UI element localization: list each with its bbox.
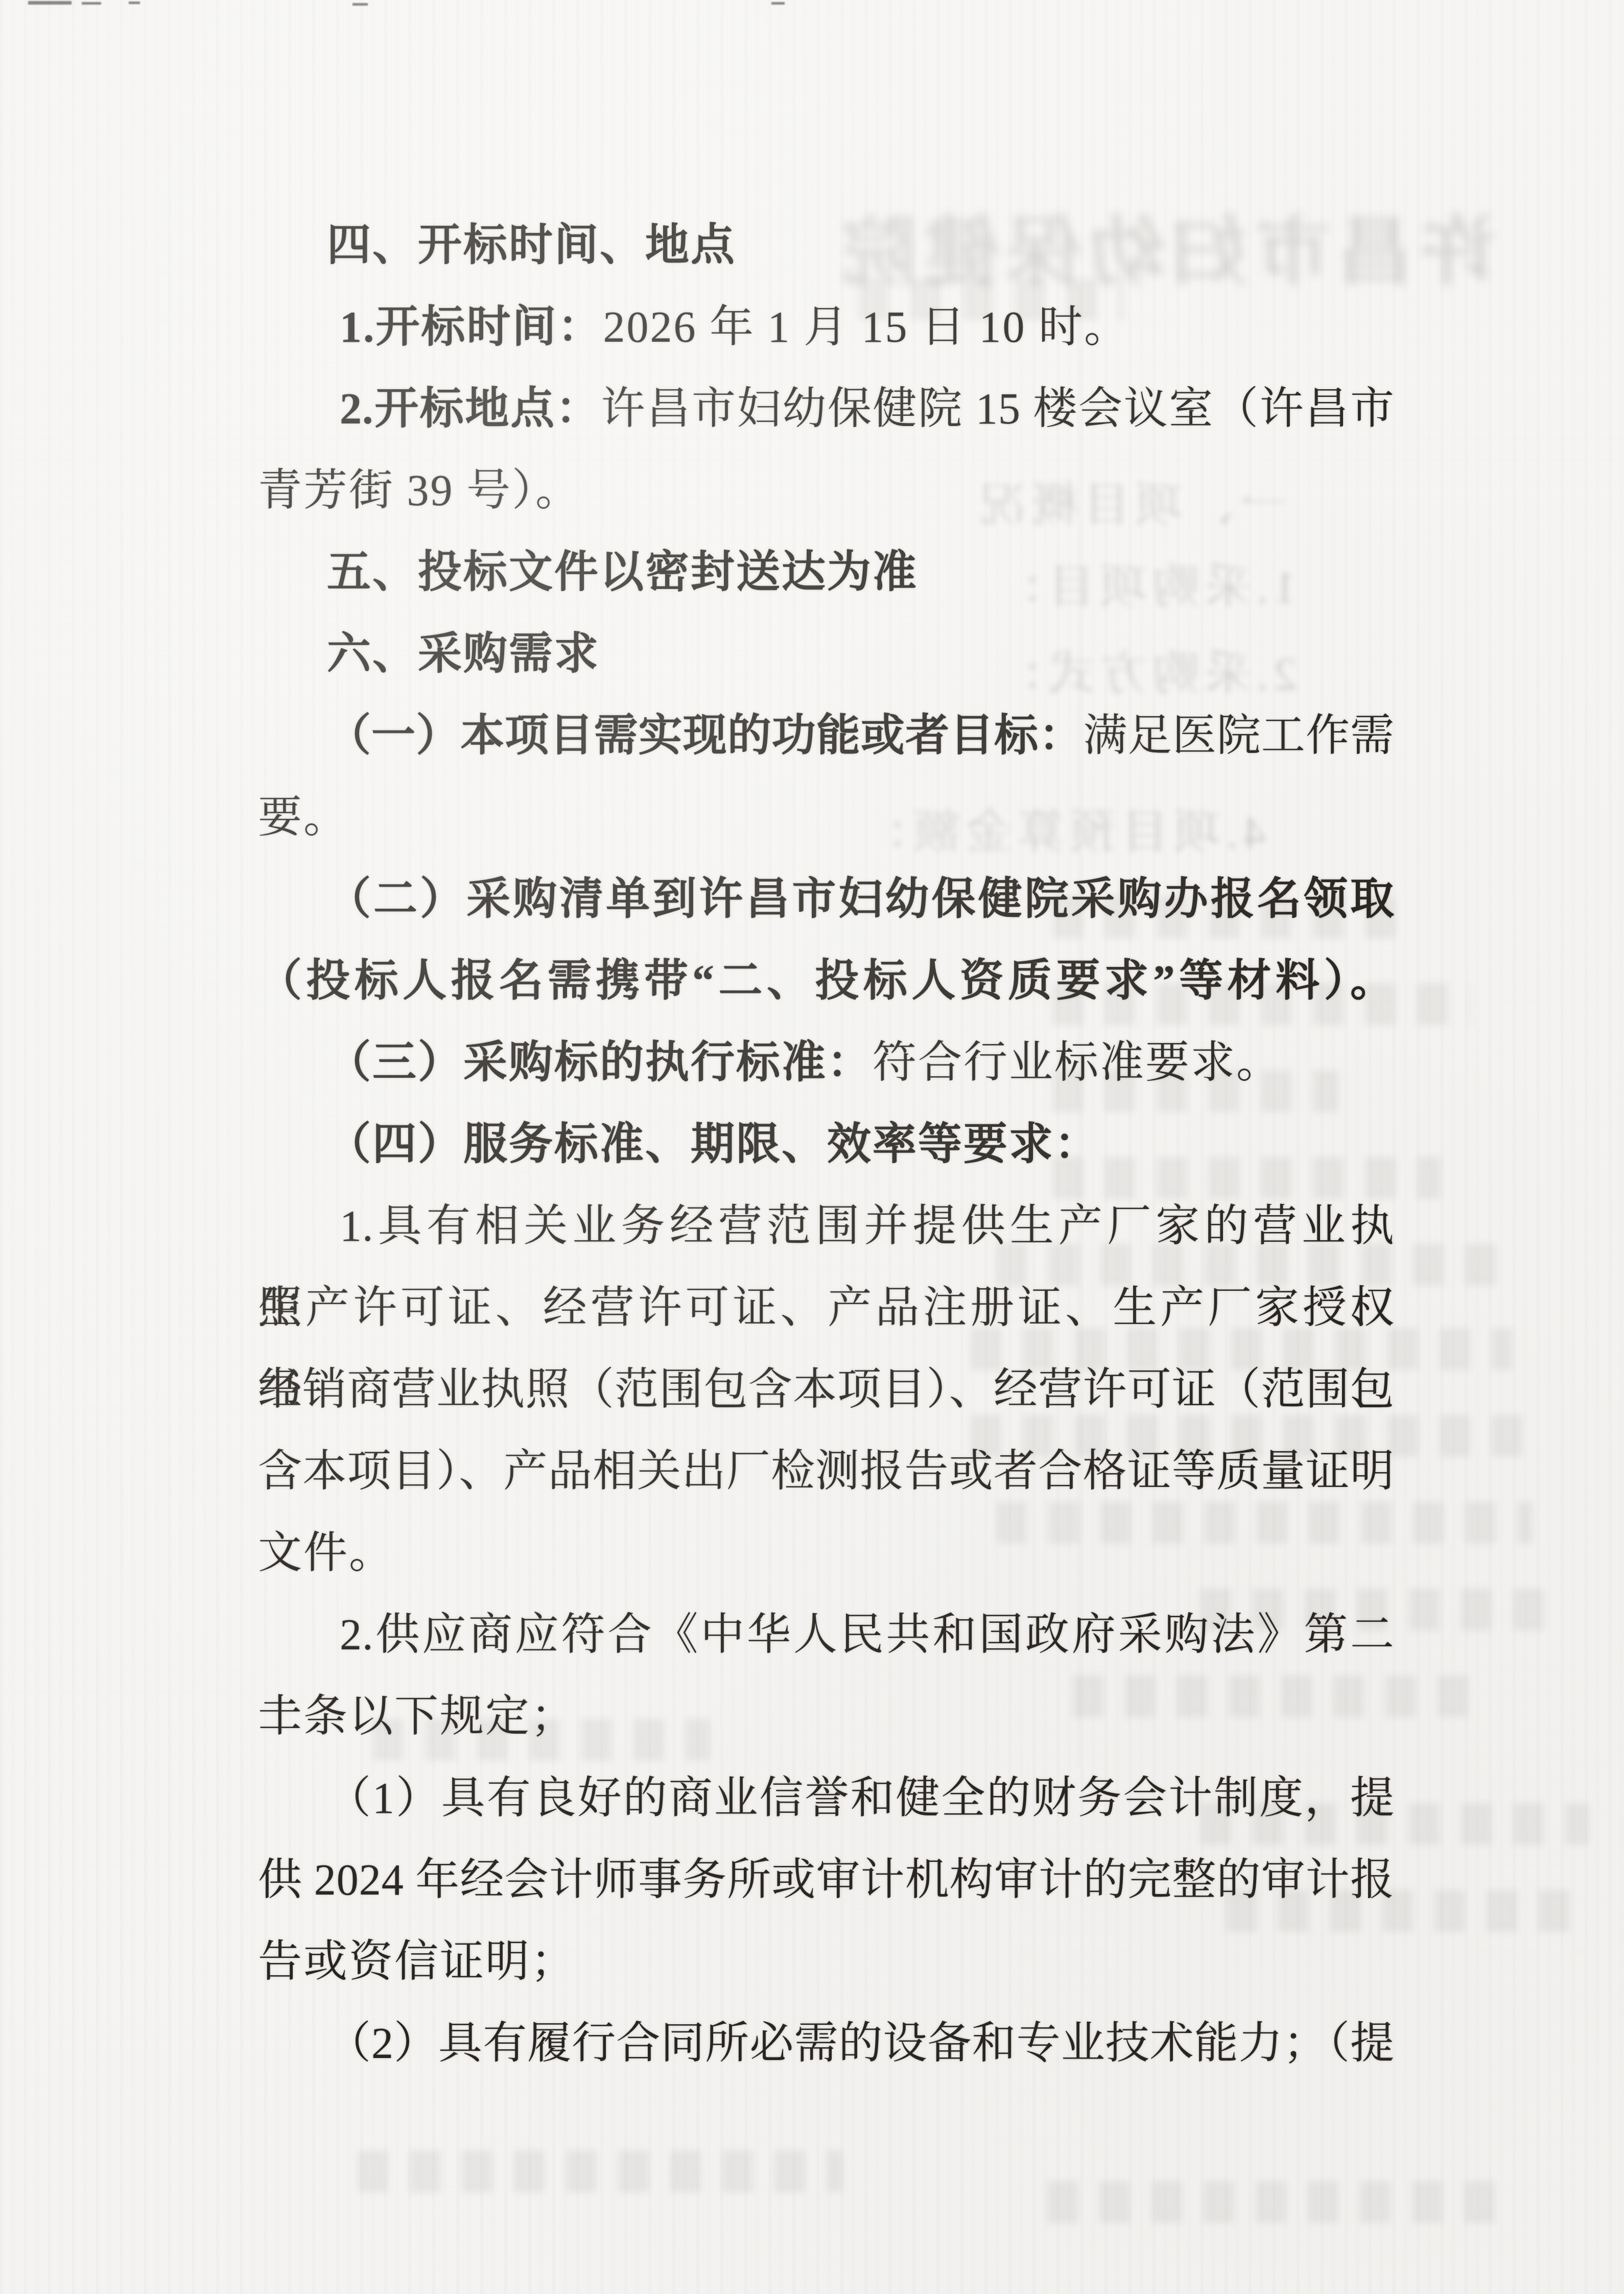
text-line: （2）具有履行合同所必需的设备和专业技术能力；（提 [258, 2002, 1395, 2084]
text-line: 1.开标时间：2026 年 1 月 15 日 10 时。 [258, 286, 1395, 368]
bold-text-segment: 六、采购需求 [327, 629, 600, 678]
body-text-segment: 二条以下规定； [258, 1692, 576, 1741]
scan-speck [352, 3, 368, 6]
text-column: 四、开标时间、地点1.开标时间：2026 年 1 月 15 日 10 时。2.开… [0, 0, 1624, 2294]
body-text-segment: 许昌市妇幼保健院 15 楼会议室（许昌市 [601, 384, 1395, 433]
text-line: 供 2024 年经会计师事务所或审计机构审计的完整的审计报 [258, 1839, 1395, 1921]
text-line: 2.开标地点：许昌市妇幼保健院 15 楼会议室（许昌市 [258, 368, 1395, 450]
text-line: （三）采购标的执行标准：符合行业标准要求。 [258, 1022, 1395, 1103]
text-line: 2.供应商应符合《中华人民共和国政府采购法》第二十 [258, 1594, 1395, 1675]
body-text-segment: （1）具有良好的商业信誉和健全的财务会计制度，提 [327, 1773, 1395, 1823]
bold-text-segment: 1.开标时间： [340, 302, 603, 351]
text-line: 青芳街 39 号）。 [258, 450, 1395, 531]
body-text-segment: 供 2024 年经会计师事务所或审计机构审计的完整的审计报 [258, 1855, 1395, 1904]
text-line: 告或资信证明； [258, 1921, 1395, 2002]
body-text-segment: 2026 年 1 月 15 日 10 时。 [603, 302, 1130, 351]
text-line: 二条以下规定； [258, 1675, 1395, 1757]
body-text-segment: 青芳街 39 号）。 [258, 466, 581, 515]
scan-speck [28, 1, 72, 5]
bold-text-segment: 2.开标地点： [340, 384, 601, 433]
scan-speck [82, 2, 101, 5]
text-line: （一）本项目需实现的功能或者目标：满足医院工作需 [258, 695, 1395, 776]
scanned-document-page: { "page": { "background_color": "#f5f4f2… [0, 0, 1624, 2294]
bold-text-segment: （四）服务标准、期限、效率等要求： [327, 1120, 1100, 1169]
text-line: 四、开标时间、地点 [258, 204, 1395, 286]
text-line: 含本项目）、产品相关出厂检测报告或者合格证等质量证明 [258, 1430, 1395, 1512]
text-line: 六、采购需求 [258, 613, 1395, 695]
text-line: 经销商营业执照（范围包含本项目）、经营许可证（范围包 [258, 1349, 1395, 1430]
body-text-segment: 满足医院工作需 [1083, 711, 1395, 760]
bold-text-segment: 四、开标时间、地点 [327, 221, 736, 270]
bold-text-segment: （投标人报名需携带“二、投标人资质要求”等材料）。 [258, 956, 1395, 1005]
text-line: 五、投标文件以密封送达为准 [258, 531, 1395, 613]
scan-speck [129, 2, 140, 4]
scan-crease-line [1078, 286, 1079, 1767]
text-line: （投标人报名需携带“二、投标人资质要求”等材料）。 [258, 940, 1395, 1022]
bold-text-segment: （一）本项目需实现的功能或者目标： [327, 711, 1083, 760]
bold-text-segment: （三）采购标的执行标准： [327, 1038, 873, 1087]
text-line: 文件。 [258, 1512, 1395, 1594]
body-text-segment: 含本项目）、产品相关出厂检测报告或者合格证等质量证明 [258, 1447, 1395, 1496]
text-line: 1.具有相关业务经营范围并提供生产厂家的营业执照、 [258, 1185, 1395, 1267]
scan-speck [771, 2, 785, 5]
text-line: （1）具有良好的商业信誉和健全的财务会计制度，提 [258, 1757, 1395, 1839]
text-line: 生产许可证、经营许可证、产品注册证、生产厂家授权书、 [258, 1267, 1395, 1349]
body-text-segment: 符合行业标准要求。 [873, 1038, 1282, 1087]
text-line: （四）服务标准、期限、效率等要求： [258, 1103, 1395, 1185]
body-text-segment: 告或资信证明； [258, 1937, 576, 1986]
body-text-segment: 文件。 [258, 1528, 394, 1577]
text-line: 要。 [258, 776, 1395, 858]
body-text-segment: 要。 [258, 793, 349, 842]
body-text-segment: （2）具有履行合同所必需的设备和专业技术能力；（提 [327, 2019, 1395, 2068]
body-text-segment: 经销商营业执照（范围包含本项目）、经营许可证（范围包 [258, 1365, 1395, 1414]
bold-text-segment: 五、投标文件以密封送达为准 [327, 548, 918, 597]
text-line: （二）采购清单到许昌市妇幼保健院采购办报名领取 [258, 858, 1395, 940]
bold-text-segment: （二）采购清单到许昌市妇幼保健院采购办报名领取 [327, 874, 1395, 924]
